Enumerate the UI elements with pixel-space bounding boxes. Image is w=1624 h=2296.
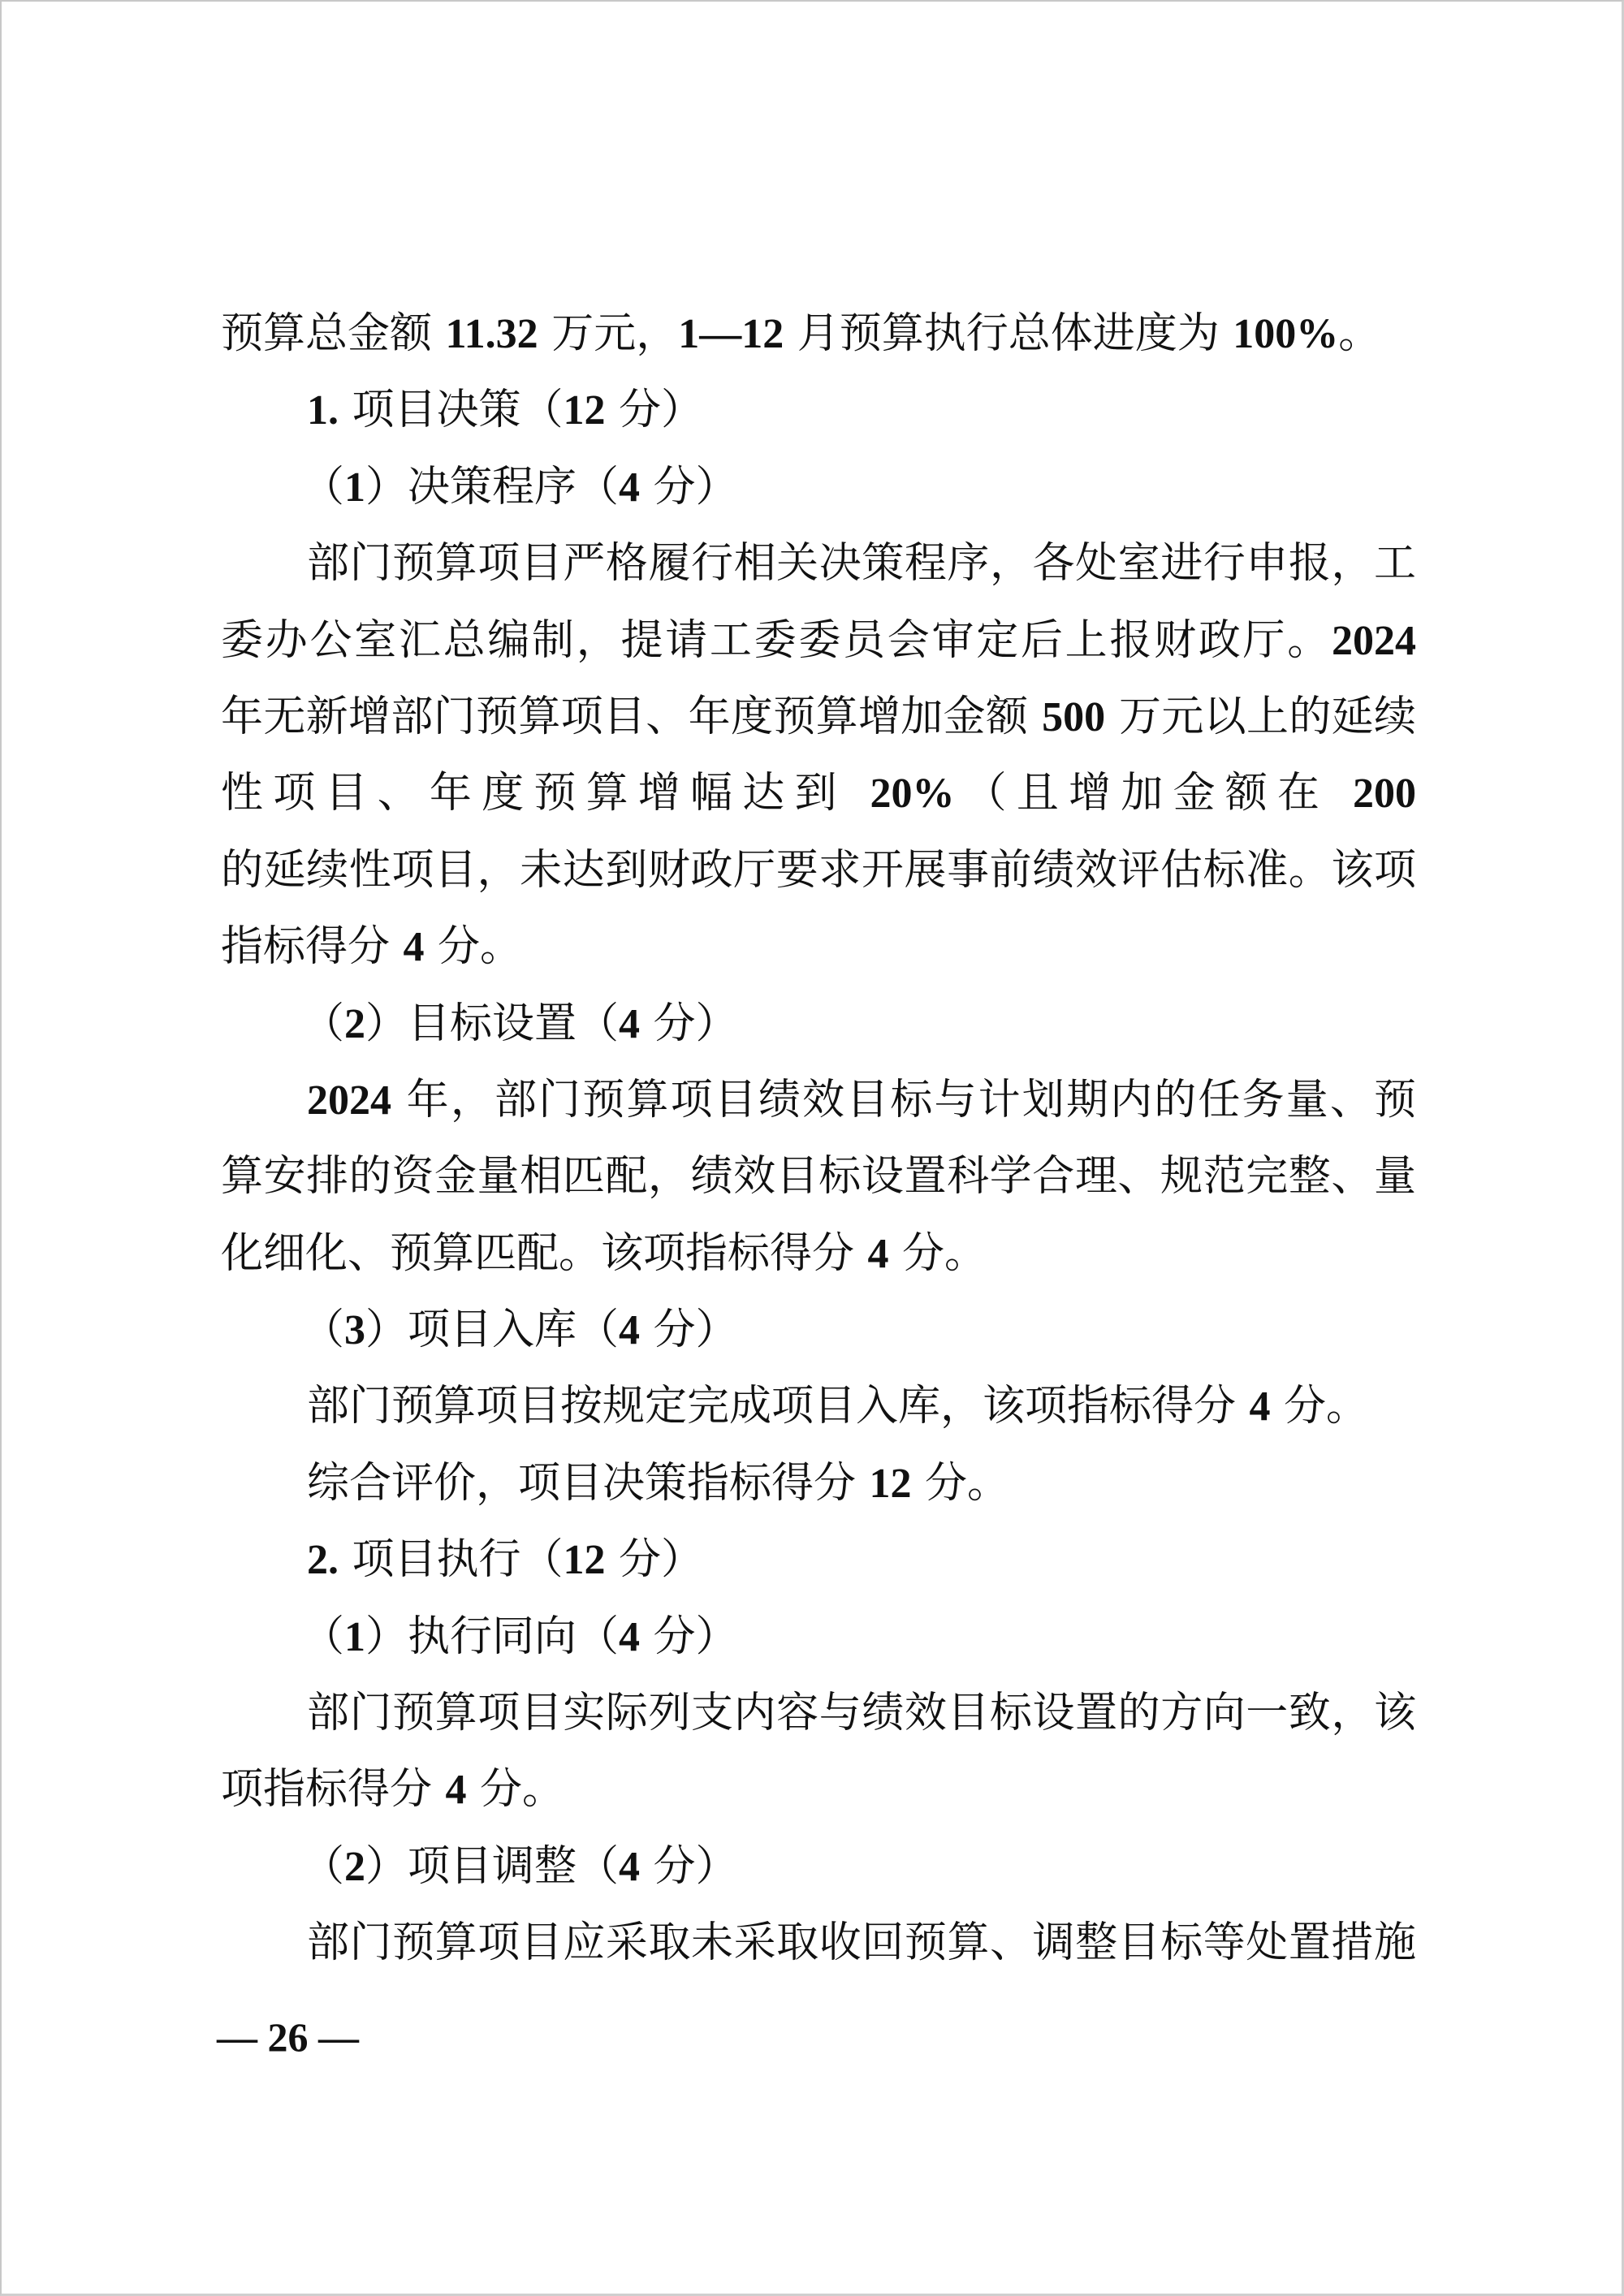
subsection-heading: （3）项目入库（4 分） — [221, 1292, 1416, 1368]
text-run: 年，部门预算项目绩效目标与计划期内的任务量、预 — [391, 1076, 1416, 1124]
text-run: 预算总金额 — [221, 309, 446, 358]
document-page: 预算总金额 11.32 万元，1—12 月预算执行总体进度为 100%。1. 项… — [0, 0, 1624, 2296]
bold-number: 2024 — [307, 1077, 391, 1124]
bold-number: 4 — [868, 1231, 889, 1277]
text-run: （ — [302, 1842, 344, 1891]
paragraph-first-line: 2024 年，部门预算项目绩效目标与计划期内的任务量、预 — [221, 1062, 1416, 1138]
bold-number: 4 — [1250, 1383, 1271, 1430]
bold-number: 1 — [344, 464, 365, 511]
bold-number: 100% — [1233, 311, 1338, 357]
text-run: 综合评价，项目决策指标得分 — [307, 1459, 870, 1508]
paragraph-first-line: 部门预算项目应采取未采取收回预算、调整目标等处置措施 — [221, 1905, 1416, 1981]
text-run: （ — [302, 463, 344, 511]
document-body: 预算总金额 11.32 万元，1—12 月预算执行总体进度为 100%。1. 项… — [221, 296, 1416, 1982]
paragraph-line: 算安排的资金量相匹配，绩效目标设置科学合理、规范完整、量 — [221, 1138, 1416, 1215]
text-run: （且增加金额在 — [954, 769, 1353, 818]
subsection-heading: （2）目标设置（4 分） — [221, 986, 1416, 1062]
paragraph-first-line: 部门预算项目按规定完成项目入库，该项指标得分 4 分。 — [221, 1368, 1416, 1444]
bold-number: 1 — [344, 1614, 365, 1660]
paragraph-line: 指标得分 4 分。 — [221, 908, 1416, 985]
text-run: ）目标设置（ — [365, 999, 619, 1048]
bold-number: 2024 — [1332, 618, 1416, 664]
text-run: 分） — [606, 386, 704, 434]
paragraph-line: 性项目、年度预算增幅达到 20%（且增加金额在 200 万元以上） — [221, 755, 1416, 831]
text-run: ）执行同向（ — [365, 1612, 619, 1661]
bold-number: 4 — [404, 924, 425, 970]
text-run: ）项目调整（ — [365, 1842, 619, 1891]
text-run: 分。 — [1271, 1382, 1369, 1431]
text-run: 分） — [640, 1612, 738, 1661]
text-run: 项目决策（ — [339, 386, 564, 434]
text-run: 。 — [1338, 309, 1380, 358]
bold-number: 4 — [619, 1001, 640, 1047]
bold-number: 4 — [446, 1767, 467, 1813]
bold-number: 4 — [619, 1614, 640, 1660]
text-run: 分） — [640, 999, 738, 1048]
paragraph-line: 预算总金额 11.32 万元，1—12 月预算执行总体进度为 100%。 — [221, 296, 1416, 372]
subsection-heading: （1）执行同向（4 分） — [221, 1599, 1416, 1675]
text-run: 万元以上的延续 — [1105, 693, 1416, 741]
bold-number: 2 — [344, 1001, 365, 1047]
bold-number: 12 — [564, 1537, 606, 1583]
paragraph-line: 年无新增部门预算项目、年度预算增加金额 500 万元以上的延续 — [221, 679, 1416, 755]
text-run: 分） — [606, 1535, 704, 1584]
text-run: 分。 — [912, 1459, 1010, 1508]
text-run: 部门预算项目应采取未采取收回预算、调整目标等处置措施 — [307, 1918, 1416, 1967]
page-number: — 26 — — [217, 2013, 359, 2061]
text-run: 部门预算项目按规定完成项目入库，该项指标得分 — [307, 1382, 1250, 1431]
text-run: 分） — [640, 1842, 738, 1891]
text-run: 项目执行（ — [339, 1535, 564, 1584]
subsection-heading: （2）项目调整（4 分） — [221, 1828, 1416, 1905]
text-run: ）决策程序（ — [365, 463, 619, 511]
bold-number: 11.32 — [446, 311, 538, 357]
paragraph-line: 委办公室汇总编制，提请工委委员会审定后上报财政厅。2024 — [221, 602, 1416, 679]
text-run: 万元， — [538, 309, 679, 358]
bold-number: 200 — [1353, 770, 1416, 817]
bold-number: 2. — [307, 1537, 339, 1583]
bold-number: 4 — [619, 1844, 640, 1890]
text-run: 月预算执行总体进度为 — [784, 309, 1233, 358]
paragraph-first-line: 综合评价，项目决策指标得分 12 分。 — [221, 1445, 1416, 1521]
paragraph-line: 项指标得分 4 分。 — [221, 1751, 1416, 1828]
section-heading: 2. 项目执行（12 分） — [221, 1521, 1416, 1598]
bold-number: 12 — [870, 1461, 912, 1507]
bold-number: 1—12 — [678, 311, 784, 357]
bold-number: 4 — [619, 464, 640, 511]
text-run: 算安排的资金量相匹配，绩效目标设置科学合理、规范完整、量 — [221, 1152, 1416, 1201]
text-run: 部门预算项目实际列支内容与绩效目标设置的方向一致，该 — [307, 1689, 1416, 1737]
text-run: 项指标得分 — [221, 1765, 446, 1814]
text-run: （ — [302, 1306, 344, 1354]
paragraph-first-line: 部门预算项目严格履行相关决策程序，各处室进行申报，工 — [221, 525, 1416, 602]
text-run: 化细化、预算匹配。该项指标得分 — [221, 1229, 868, 1278]
paragraph-line: 的延续性项目，未达到财政厅要求开展事前绩效评估标准。该项 — [221, 832, 1416, 908]
text-run: （ — [302, 999, 344, 1048]
paragraph-line: 化细化、预算匹配。该项指标得分 4 分。 — [221, 1215, 1416, 1292]
subsection-heading: （1）决策程序（4 分） — [221, 449, 1416, 525]
bold-number: 4 — [619, 1307, 640, 1353]
text-run: 分。 — [467, 1765, 565, 1814]
text-run: 部门预算项目严格履行相关决策程序，各处室进行申报，工 — [307, 539, 1416, 588]
text-run: 指标得分 — [221, 922, 404, 971]
text-run: 分。 — [889, 1229, 987, 1278]
text-run: 分） — [640, 1306, 738, 1354]
bold-number: 20% — [870, 770, 954, 817]
text-run: 委办公室汇总编制，提请工委委员会审定后上报财政厅。 — [221, 616, 1332, 665]
bold-number: 12 — [564, 387, 606, 434]
text-run: 分） — [640, 463, 738, 511]
text-run: 年无新增部门预算项目、年度预算增加金额 — [221, 693, 1042, 741]
paragraph-first-line: 部门预算项目实际列支内容与绩效目标设置的方向一致，该 — [221, 1675, 1416, 1751]
text-run: 分。 — [425, 922, 523, 971]
text-run: 的延续性项目，未达到财政厅要求开展事前绩效评估标准。该项 — [221, 846, 1416, 895]
text-run: （ — [302, 1612, 344, 1661]
text-run: 性项目、年度预算增幅达到 — [221, 769, 870, 818]
bold-number: 2 — [344, 1844, 365, 1890]
bold-number: 3 — [344, 1307, 365, 1353]
section-heading: 1. 项目决策（12 分） — [221, 372, 1416, 448]
bold-number: 500 — [1042, 694, 1105, 740]
text-run: ）项目入库（ — [365, 1306, 619, 1354]
bold-number: 1. — [307, 387, 339, 434]
